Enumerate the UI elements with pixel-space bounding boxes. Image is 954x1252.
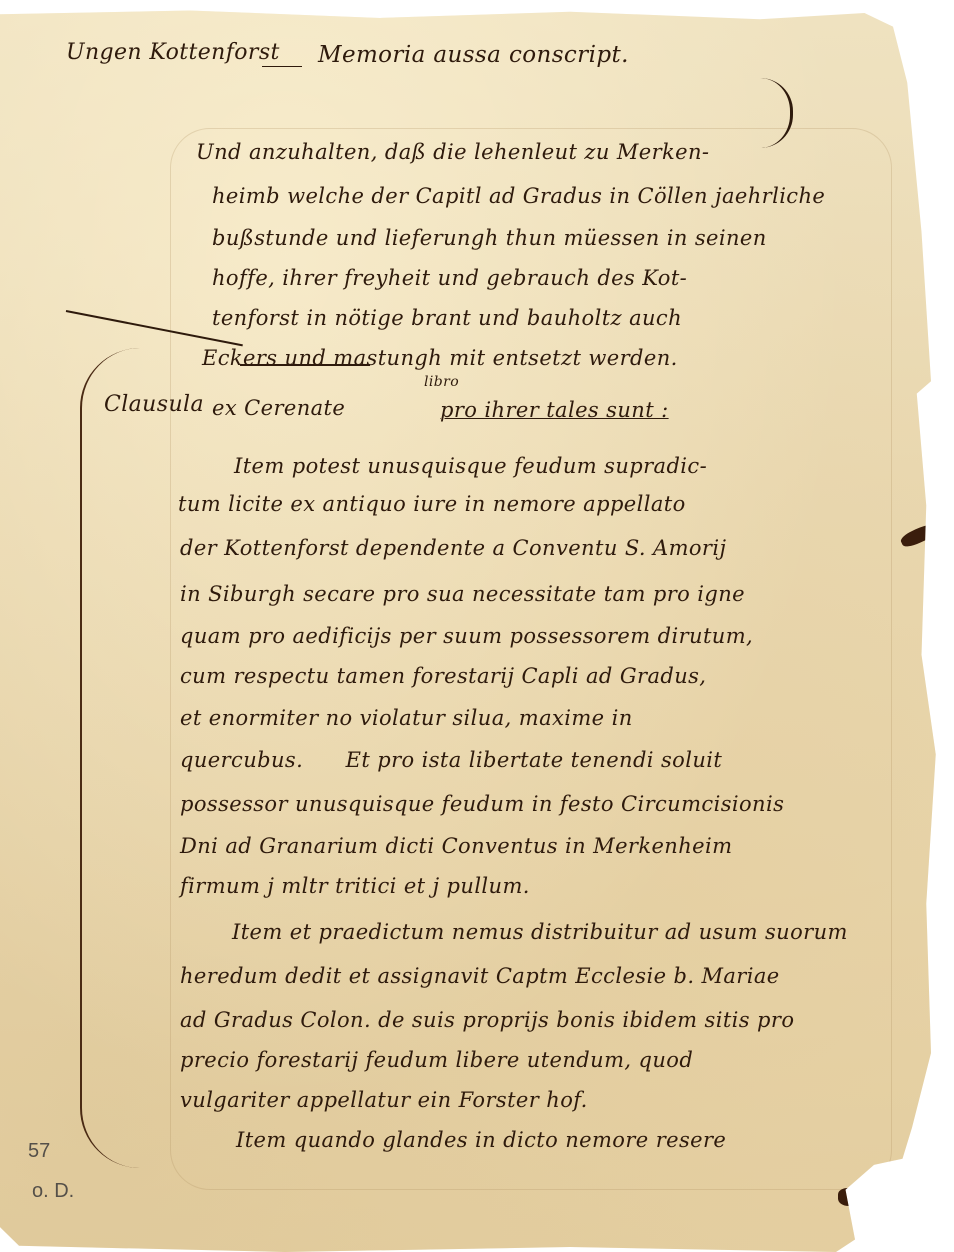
text-line: heredum dedit et assignavit Captm Eccles… xyxy=(180,964,780,988)
text-line: quercubus. Et pro ista libertate tenendi… xyxy=(180,748,722,772)
text-line: possessor unusquisque feudum in festo Ci… xyxy=(180,792,784,816)
text-line: et enormiter no violatur silua, maxime i… xyxy=(180,706,633,730)
heading-clausula: Clausula xyxy=(104,392,204,417)
date-note: o. D. xyxy=(32,1180,74,1203)
header-title: Memoria aussa conscript. xyxy=(318,42,629,68)
heading-underlined-phrase: pro ihrer tales sunt : xyxy=(440,398,669,422)
text-line: precio forestarij feudum libere utendum,… xyxy=(180,1048,693,1072)
ink-blot xyxy=(838,1188,864,1206)
heading-insertion: libro xyxy=(424,374,459,390)
text-line: Item quando glandes in dicto nemore rese… xyxy=(236,1128,726,1152)
folio-number: 57 xyxy=(28,1140,50,1163)
text-line: vulgariter appellatur ein Forster hof. xyxy=(180,1088,588,1112)
manuscript-page: Ungen Kottenforst Memoria aussa conscrip… xyxy=(0,8,950,1252)
text-line: ad Gradus Colon. de suis proprijs bonis … xyxy=(180,1008,794,1032)
header-dash xyxy=(262,66,302,67)
ink-blot xyxy=(899,520,941,550)
text-line: in Siburgh secare pro sua necessitate ta… xyxy=(180,582,745,606)
text-line: heimb welche der Capitl ad Gradus in Cöl… xyxy=(212,184,825,208)
text-line: Item potest unusquisque feudum supradic- xyxy=(234,454,707,478)
text-line: cum respectu tamen forestarij Capli ad G… xyxy=(180,664,706,688)
margin-sweep-line xyxy=(240,364,370,366)
text-line: hoffe, ihrer freyheit und gebrauch des K… xyxy=(212,266,687,290)
header-left-note: Ungen Kottenforst xyxy=(66,40,280,65)
heading-ex-cerenate: ex Cerenate xyxy=(212,396,345,420)
text-line: quam pro aedificijs per suum possessorem… xyxy=(180,624,753,648)
text-line: Und anzuhalten, daß die lehenleut zu Mer… xyxy=(196,140,709,164)
text-line: bußstunde und lieferungh thun müessen in… xyxy=(212,226,767,250)
text-line: firmum j mltr tritici et j pullum. xyxy=(180,874,530,898)
text-line: Item et praedictum nemus distribuitur ad… xyxy=(232,920,848,944)
margin-bracket xyxy=(80,348,142,1168)
text-line: tenforst in nötige brant und bauholtz au… xyxy=(212,306,682,330)
text-line: der Kottenforst dependente a Conventu S.… xyxy=(180,536,726,560)
text-line: Eckers und mastungh mit entsetzt werden. xyxy=(202,346,678,370)
text-line: Dni ad Granarium dicti Conventus in Merk… xyxy=(180,834,732,858)
text-line: tum licite ex antiquo iure in nemore app… xyxy=(178,492,686,516)
